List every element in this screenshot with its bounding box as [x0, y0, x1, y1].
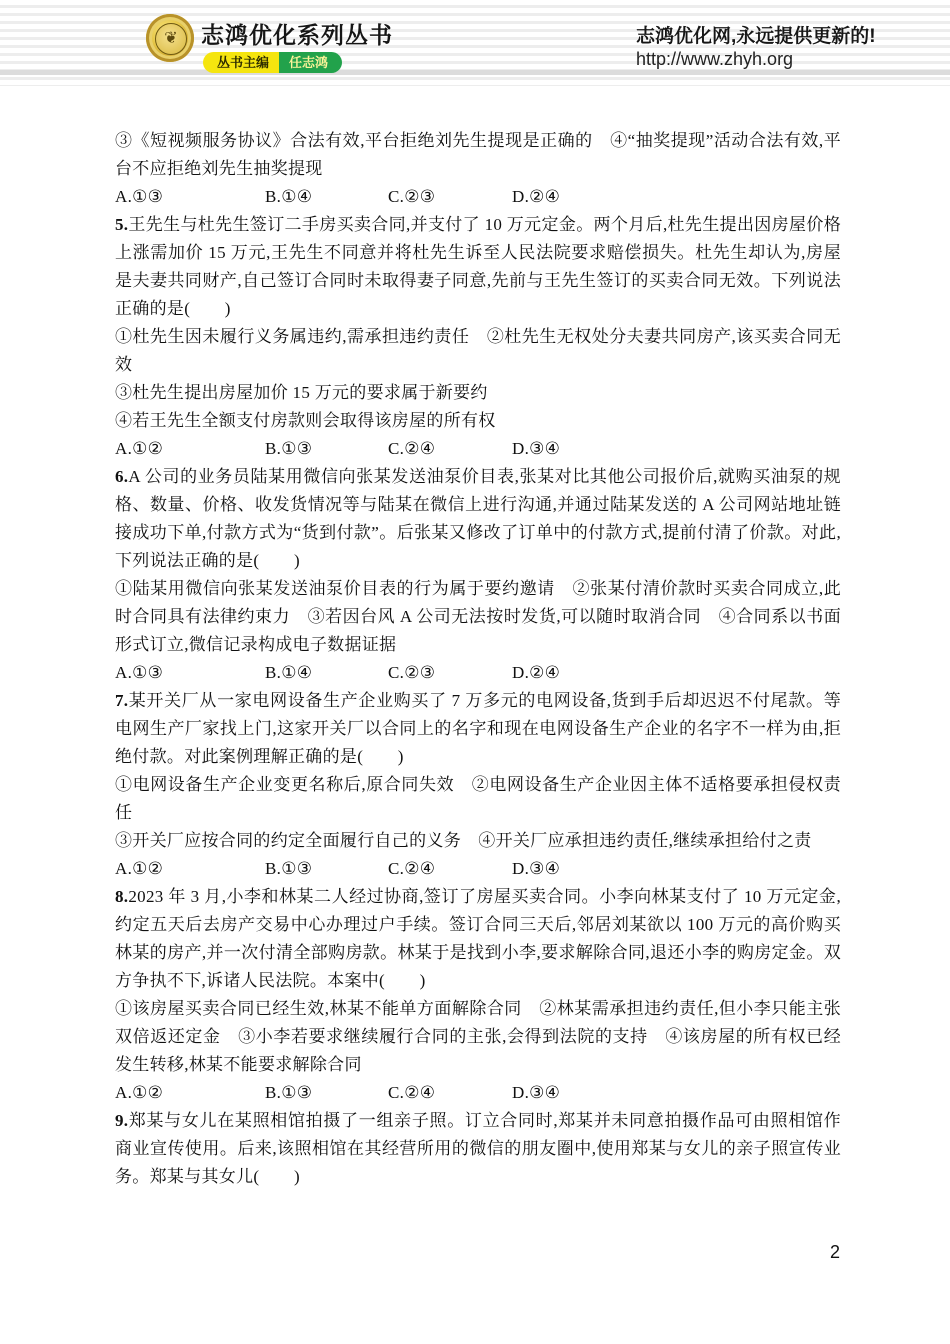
- question-block: 6.A 公司的业务员陆某用微信向张某发送油泵价目表,张某对比其他公司报价后,就购…: [115, 463, 841, 687]
- question-stem: 5.王先生与杜先生签订二手房买卖合同,并支付了 10 万元定金。两个月后,杜先生…: [115, 211, 841, 323]
- choice-a: A.①③: [115, 659, 265, 687]
- choice-d: D.③④: [512, 435, 560, 463]
- question-stem: 8.2023 年 3 月,小李和林某二人经过协商,签订了房屋买卖合同。小李向林某…: [115, 883, 841, 995]
- option-items: ①杜先生因未履行义务属违约,需承担违约责任 ②杜先生无权处分夫妻共同房产,该买卖…: [115, 323, 841, 379]
- option-items: ③《短视频服务协议》合法有效,平台拒绝刘先生提现是正确的 ④“抽奖提现”活动合法…: [115, 127, 841, 183]
- choices-row: A.①③B.①④C.②③D.②④: [115, 659, 841, 687]
- choice-b: B.①④: [265, 659, 388, 687]
- choices-row: A.①②B.①③C.②④D.③④: [115, 435, 841, 463]
- choice-a: A.①②: [115, 1079, 265, 1107]
- option-items: ①陆某用微信向张某发送油泵价目表的行为属于要约邀请 ②张某付清价款时买卖合同成立…: [115, 575, 841, 659]
- header-divider: [0, 70, 950, 75]
- question-number: 9.: [115, 1111, 128, 1130]
- choice-c: C.②④: [388, 1079, 512, 1107]
- question-block: 8.2023 年 3 月,小李和林某二人经过协商,签订了房屋买卖合同。小李向林某…: [115, 883, 841, 1107]
- question-stem-text: 郑某与女儿在某照相馆拍摄了一组亲子照。订立合同时,郑某并未同意拍摄作品可由照相馆…: [115, 1111, 841, 1186]
- question-block: ③《短视频服务协议》合法有效,平台拒绝刘先生提现是正确的 ④“抽奖提现”活动合法…: [115, 127, 841, 211]
- question-stem: 7.某开关厂从一家电网设备生产企业购买了 7 万多元的电网设备,货到手后却迟迟不…: [115, 687, 841, 771]
- question-block: 7.某开关厂从一家电网设备生产企业购买了 7 万多元的电网设备,货到手后却迟迟不…: [115, 687, 841, 883]
- question-block: 9.郑某与女儿在某照相馆拍摄了一组亲子照。订立合同时,郑某并未同意拍摄作品可由照…: [115, 1107, 841, 1191]
- choice-d: D.②④: [512, 183, 560, 211]
- question-block: 5.王先生与杜先生签订二手房买卖合同,并支付了 10 万元定金。两个月后,杜先生…: [115, 211, 841, 463]
- choice-c: C.②④: [388, 855, 512, 883]
- site-slogan: 志鸿优化网,永远提供更新的!: [636, 26, 876, 48]
- medal-emblem-icon: ❦: [156, 28, 186, 48]
- choice-a: A.①③: [115, 183, 265, 211]
- choice-b: B.①③: [265, 855, 388, 883]
- question-stem-text: 某开关厂从一家电网设备生产企业购买了 7 万多元的电网设备,货到手后却迟迟不付尾…: [115, 691, 841, 766]
- medal-inner-ring: ❦: [155, 23, 187, 55]
- choice-b: B.①③: [265, 435, 388, 463]
- choices-row: A.①③B.①④C.②③D.②④: [115, 183, 841, 211]
- site-url: http://www.zhyh.org: [636, 48, 793, 70]
- question-stem-text: A 公司的业务员陆某用微信向张某发送油泵价目表,张某对比其他公司报价后,就购买油…: [115, 467, 841, 570]
- choice-d: D.③④: [512, 855, 560, 883]
- choice-d: D.③④: [512, 1079, 560, 1107]
- choice-c: C.②④: [388, 435, 512, 463]
- option-items: ④若王先生全额支付房款则会取得该房屋的所有权: [115, 407, 841, 435]
- document-page: ❦ 志鸿优化系列丛书 丛书主编 任志鸿 志鸿优化网,永远提供更新的! http:…: [0, 0, 950, 1344]
- choice-b: B.①③: [265, 1079, 388, 1107]
- option-items: ③杜先生提出房屋加价 15 万元的要求属于新要约: [115, 379, 841, 407]
- choices-row: A.①②B.①③C.②④D.③④: [115, 855, 841, 883]
- badge-editor-name: 任志鸿: [279, 52, 342, 73]
- choice-c: C.②③: [388, 659, 512, 687]
- option-items: ①该房屋买卖合同已经生效,林某不能单方面解除合同 ②林某需承担违约责任,但小李只…: [115, 995, 841, 1079]
- question-number: 8.: [115, 887, 128, 906]
- page-header: ❦ 志鸿优化系列丛书 丛书主编 任志鸿 志鸿优化网,永远提供更新的! http:…: [0, 0, 950, 86]
- choice-b: B.①④: [265, 183, 388, 211]
- question-stem-text: 王先生与杜先生签订二手房买卖合同,并支付了 10 万元定金。两个月后,杜先生提出…: [115, 215, 841, 318]
- choice-a: A.①②: [115, 855, 265, 883]
- choice-c: C.②③: [388, 183, 512, 211]
- question-number: 5.: [115, 215, 128, 234]
- page-number: 2: [820, 1240, 850, 1264]
- option-items: ①电网设备生产企业变更名称后,原合同失效 ②电网设备生产企业因主体不适格要承担侵…: [115, 771, 841, 827]
- choice-a: A.①②: [115, 435, 265, 463]
- question-stem-text: 2023 年 3 月,小李和林某二人经过协商,签订了房屋买卖合同。小李向林某支付…: [115, 887, 841, 990]
- choice-d: D.②④: [512, 659, 560, 687]
- choices-row: A.①②B.①③C.②④D.③④: [115, 1079, 841, 1107]
- medal-icon: ❦: [146, 14, 194, 62]
- badge-editor-label: 丛书主编: [203, 52, 279, 73]
- question-number: 7.: [115, 691, 128, 710]
- series-title: 志鸿优化系列丛书: [201, 22, 393, 48]
- option-items: ③开关厂应按合同的约定全面履行自己的义务 ④开关厂应承担违约责任,继续承担给付之…: [115, 827, 841, 855]
- editor-badge: 丛书主编 任志鸿: [203, 52, 342, 73]
- question-stem: 9.郑某与女儿在某照相馆拍摄了一组亲子照。订立合同时,郑某并未同意拍摄作品可由照…: [115, 1107, 841, 1191]
- questions-content: ③《短视频服务协议》合法有效,平台拒绝刘先生提现是正确的 ④“抽奖提现”活动合法…: [115, 127, 841, 1191]
- question-stem: 6.A 公司的业务员陆某用微信向张某发送油泵价目表,张某对比其他公司报价后,就购…: [115, 463, 841, 575]
- question-number: 6.: [115, 467, 128, 486]
